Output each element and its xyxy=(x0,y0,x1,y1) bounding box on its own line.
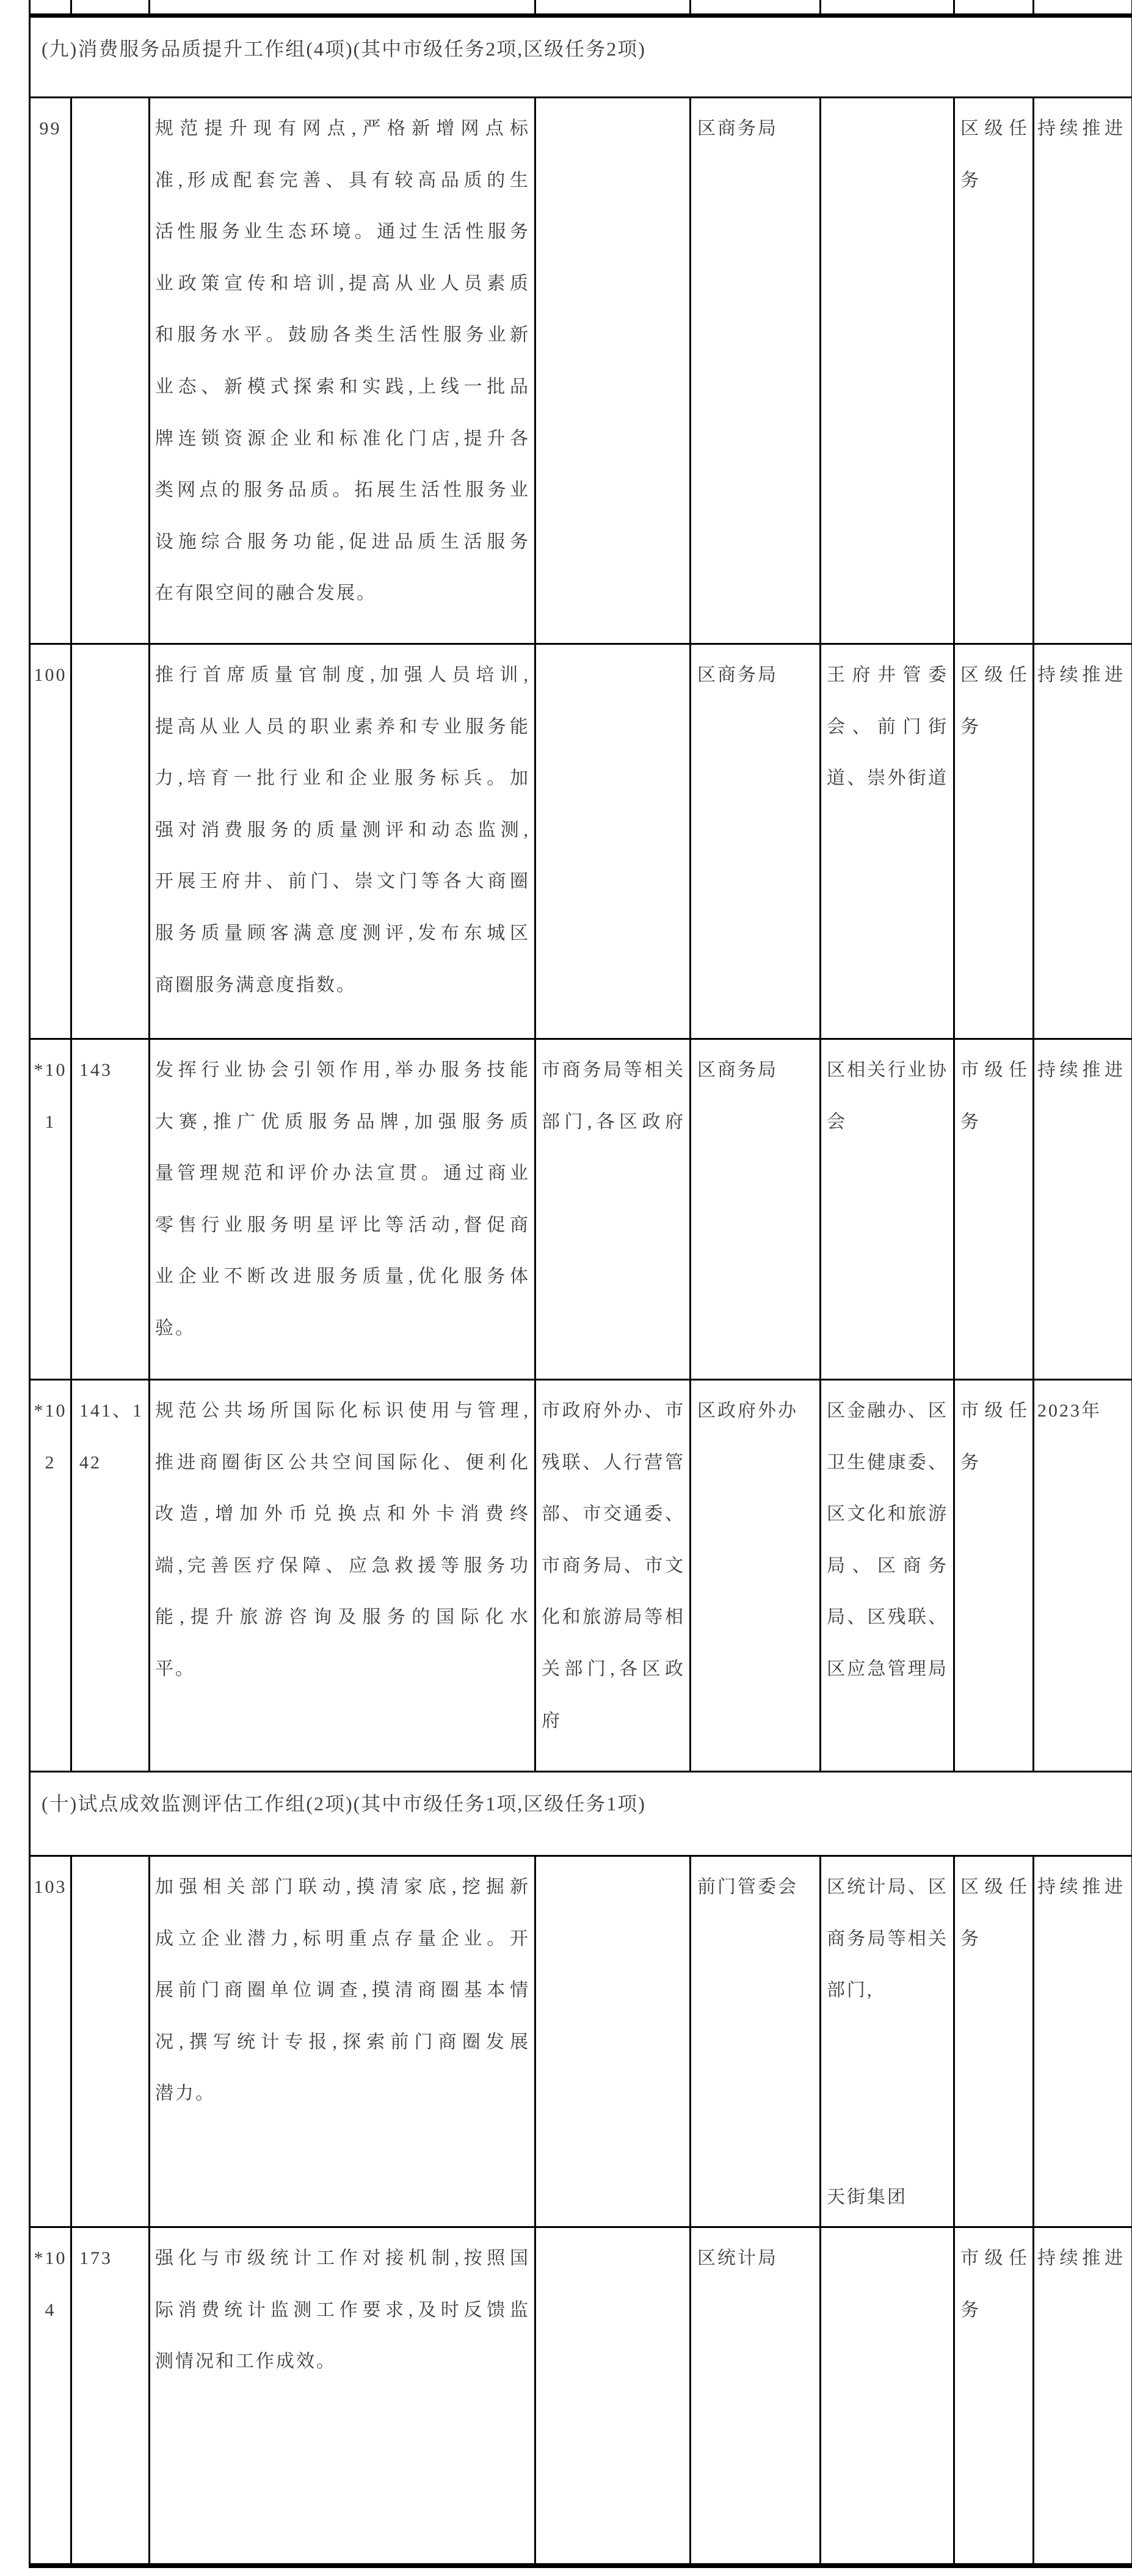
city-task-ref-cell: 141、142 xyxy=(72,1381,150,1771)
task-level-cell: 市级任务 xyxy=(955,2228,1034,2563)
task-level-cell-line: 区级任 xyxy=(960,103,1029,155)
completion-time-cell: 持续推进 xyxy=(1034,645,1128,1038)
city-task-ref-cell-line: 173 xyxy=(79,2233,145,2285)
section-header-10: (十)试点成效监测评估工作组(2项)(其中市级任务1项,区级任务1项) xyxy=(31,1772,1131,1857)
serial-number-cell: *104 xyxy=(31,2228,72,2563)
district-coop-unit-cell-line: 局、区残联、 xyxy=(827,1592,948,1644)
task-description-cell-line: 改造,增加外币兑换点和外卡消费终 xyxy=(155,1489,530,1540)
district-coop-unit-cell: 王府井管委会、前门街道、崇外街道 xyxy=(821,645,955,1038)
task-description-cell-line: 强对消费服务的质量测评和动态监测, xyxy=(155,805,530,857)
task-level-cell-line: 市级任 xyxy=(960,1385,1029,1437)
city-responsible-unit-cell: 市政府外办、市残联、人行营管部、市交通委、市商务局、市文化和旅游局等相关部门,各… xyxy=(536,1381,691,1771)
city-responsible-unit-cell-line: 残联、人行营管 xyxy=(542,1437,685,1489)
task-description-cell-line: 规范提升现有网点,严格新增网点标 xyxy=(155,103,530,155)
task-description-cell: 规范提升现有网点,严格新增网点标准,形成配套完善、具有较高品质的生活性服务业生态… xyxy=(150,98,536,643)
task-level-cell-line: 市级任 xyxy=(960,2233,1029,2285)
district-coop-unit-cell xyxy=(821,98,955,643)
task-level-cell-line: 务 xyxy=(960,1914,1029,1965)
task-description-cell-line: 设施综合服务功能,促进品质生活服务 xyxy=(155,517,530,568)
serial-number-cell: 100 xyxy=(31,645,72,1038)
completion-time-cell-line: 2023年 xyxy=(1037,1385,1125,1437)
task-level-cell-line: 区级任 xyxy=(960,1862,1029,1914)
city-responsible-unit-cell-line: 部门,各区政府 xyxy=(542,1097,685,1148)
task-level-cell-line: 区级任 xyxy=(960,650,1029,702)
task-level-cell-line: 市级任 xyxy=(960,1045,1029,1097)
table-row-task-*104: *104173强化与市级统计工作对接机制,按照国际消费统计监测工作要求,及时反馈… xyxy=(31,2228,1131,2568)
empty-cell xyxy=(955,0,1034,13)
district-coop-unit-cell-line xyxy=(827,2120,948,2172)
district-coop-unit-cell-line: 区金融办、区 xyxy=(827,1385,948,1437)
district-coop-unit-cell-line: 道、崇外街道 xyxy=(827,753,948,805)
city-responsible-unit-cell-line: 市政府外办、市 xyxy=(542,1385,685,1437)
city-task-ref-cell xyxy=(72,645,150,1038)
task-description-cell-line: 服务质量顾客满意度测评,发布东城区 xyxy=(155,908,530,960)
district-coop-unit-cell-line: 局、区商务 xyxy=(827,1540,948,1592)
task-description-cell-line: 推行首席质量官制度,加强人员培训, xyxy=(155,650,530,702)
city-responsible-unit-cell xyxy=(536,2228,691,2563)
city-responsible-unit-cell-line: 府 xyxy=(542,1696,685,1747)
city-task-ref-cell: 143 xyxy=(72,1040,150,1379)
empty-cell xyxy=(691,0,821,13)
city-responsible-unit-cell-line: 市商务局等相关 xyxy=(542,1045,685,1097)
serial-number-cell: *101 xyxy=(31,1040,72,1379)
serial-number-cell: *102 xyxy=(31,1381,72,1771)
task-description-cell-line: 测情况和工作成效。 xyxy=(155,2336,530,2388)
completion-time-cell-line: 持续推进 xyxy=(1037,1045,1125,1097)
task-description-cell-line: 力,培育一批行业和企业服务标兵。加 xyxy=(155,753,530,805)
serial-number-cell-line: *10 xyxy=(32,1385,69,1437)
serial-number-cell: 103 xyxy=(31,1857,72,2226)
serial-number-cell-line: 103 xyxy=(32,1862,69,1914)
empty-cell xyxy=(72,0,150,13)
section-10-title: (十)试点成效监测评估工作组(2项)(其中市级任务1项,区级任务1项) xyxy=(31,1772,1131,1816)
completion-time-cell-line: 持续推进 xyxy=(1037,2233,1125,2285)
city-responsible-unit-cell-line: 关部门,各区政 xyxy=(542,1644,685,1696)
completion-time-cell: 持续推进 xyxy=(1034,1040,1128,1379)
task-description-cell-line: 展前门商圈单位调查,摸清商圈基本情 xyxy=(155,1965,530,2017)
task-level-cell-line: 务 xyxy=(960,1437,1029,1489)
completion-time-cell: 持续推进 xyxy=(1034,2228,1128,2563)
section-header-9: (九)消费服务品质提升工作组(4项)(其中市级任务2项,区级任务2项) xyxy=(31,18,1131,98)
task-level-cell-line: 务 xyxy=(960,702,1029,753)
city-task-ref-cell xyxy=(72,1857,150,2226)
task-description-cell-line: 和服务水平。鼓励各类生活性服务业新 xyxy=(155,310,530,361)
district-lead-unit-cell-line: 区政府外办 xyxy=(697,1385,815,1437)
task-description-cell-line: 业企业不断改进服务质量,优化服务体 xyxy=(155,1251,530,1303)
district-coop-unit-cell-line: 区应急管理局 xyxy=(827,1644,948,1696)
district-coop-unit-cell-line: 会 xyxy=(827,1097,948,1148)
serial-number-cell-line: *10 xyxy=(32,2233,69,2285)
table-row-task-*101: *101143发挥行业协会引领作用,举办服务技能大赛,推广优质服务品牌,加强服务… xyxy=(31,1040,1131,1381)
scanned-task-table-page: { "document": { "section_9": { "title": … xyxy=(0,0,1132,2576)
task-description-cell: 发挥行业协会引领作用,举办服务技能大赛,推广优质服务品牌,加强服务质量管理规范和… xyxy=(150,1040,536,1379)
task-level-cell-line: 务 xyxy=(960,155,1029,207)
city-task-ref-cell-line: 141、1 xyxy=(79,1385,145,1437)
district-lead-unit-cell: 区统计局 xyxy=(691,2228,821,2563)
task-level-cell-line: 务 xyxy=(960,2285,1029,2337)
task-level-cell: 区级任务 xyxy=(955,1857,1034,2226)
city-task-ref-cell-line: 42 xyxy=(79,1437,145,1489)
serial-number-cell-line: 100 xyxy=(32,650,69,702)
task-description-cell-line: 提高从业人员的职业素养和专业服务能 xyxy=(155,702,530,753)
serial-number-cell-line: 4 xyxy=(32,2285,69,2337)
task-description-cell-line: 业政策宣传和培训,提高从业人员素质 xyxy=(155,258,530,310)
empty-cell xyxy=(821,0,955,13)
district-coop-unit-cell-line: 区统计局、区 xyxy=(827,1862,948,1914)
serial-number-cell-line: 1 xyxy=(32,1097,69,1148)
task-description-cell-line: 规范公共场所国际化标识使用与管理, xyxy=(155,1385,530,1437)
city-responsible-unit-cell-line: 部、市交通委、 xyxy=(542,1489,685,1540)
table-row-task-99: 99规范提升现有网点,严格新增网点标准,形成配套完善、具有较高品质的生活性服务业… xyxy=(31,98,1131,645)
task-description-cell-line: 加强相关部门联动,摸清家底,挖掘新 xyxy=(155,1862,530,1914)
city-responsible-unit-cell xyxy=(536,1857,691,2226)
serial-number-cell-line: *10 xyxy=(32,1045,69,1097)
task-level-cell: 区级任务 xyxy=(955,98,1034,643)
district-coop-unit-cell-line: 会、前门街 xyxy=(827,702,948,753)
city-responsible-unit-cell-line: 市商务局、市文 xyxy=(542,1540,685,1592)
task-description-cell-line: 验。 xyxy=(155,1303,530,1355)
task-description-cell: 推行首席质量官制度,加强人员培训,提高从业人员的职业素养和专业服务能力,培育一批… xyxy=(150,645,536,1038)
task-assignment-table: (九)消费服务品质提升工作组(4项)(其中市级任务2项,区级任务2项) 99规范… xyxy=(29,0,1132,2568)
city-task-ref-cell xyxy=(72,98,150,643)
task-level-cell: 市级任务 xyxy=(955,1040,1034,1379)
task-description-cell-line: 际消费统计监测工作要求,及时反馈监 xyxy=(155,2285,530,2337)
task-description-cell-line: 强化与市级统计工作对接机制,按照国 xyxy=(155,2233,530,2285)
district-coop-unit-cell-line: 商务局等相关 xyxy=(827,1914,948,1965)
district-coop-unit-cell-line: 天街集团 xyxy=(827,2172,948,2224)
task-description-cell-line: 潜力。 xyxy=(155,2068,530,2120)
district-lead-unit-cell: 区商务局 xyxy=(691,1040,821,1379)
task-description-cell-line: 商圈服务满意度指数。 xyxy=(155,960,530,1012)
district-lead-unit-cell: 区商务局 xyxy=(691,98,821,643)
district-lead-unit-cell-line: 区统计局 xyxy=(697,2233,815,2285)
district-lead-unit-cell: 区政府外办 xyxy=(691,1381,821,1771)
completion-time-cell: 持续推进 xyxy=(1034,98,1128,643)
district-coop-unit-cell xyxy=(821,2228,955,2563)
district-coop-unit-cell-line: 部门, xyxy=(827,1965,948,2017)
district-coop-unit-cell: 区相关行业协会 xyxy=(821,1040,955,1379)
task-description-cell-line: 发挥行业协会引领作用,举办服务技能 xyxy=(155,1045,530,1097)
table-row-task-103: 103加强相关部门联动,摸清家底,挖掘新成立企业潜力,标明重点存量企业。开展前门… xyxy=(31,1857,1131,2228)
city-responsible-unit-cell-line: 化和旅游局等相 xyxy=(542,1592,685,1644)
completion-time-cell-line: 持续推进 xyxy=(1037,650,1125,702)
task-description-cell-line: 量管理规范和评价办法宣贯。通过商业 xyxy=(155,1148,530,1200)
table-row-partial-top xyxy=(31,0,1131,18)
task-level-cell-line: 务 xyxy=(960,1097,1029,1148)
district-coop-unit-cell-line xyxy=(827,2017,948,2069)
district-lead-unit-cell: 区商务局 xyxy=(691,645,821,1038)
district-lead-unit-cell-line: 区商务局 xyxy=(697,1045,815,1097)
district-lead-unit-cell: 前门管委会 xyxy=(691,1857,821,2226)
section-9-title: (九)消费服务品质提升工作组(4项)(其中市级任务2项,区级任务2项) xyxy=(31,18,1131,62)
completion-time-cell-line: 持续推进 xyxy=(1037,103,1125,155)
district-coop-unit-cell-line: 区相关行业协 xyxy=(827,1045,948,1097)
district-lead-unit-cell-line: 区商务局 xyxy=(697,650,815,702)
district-coop-unit-cell: 区统计局、区商务局等相关部门, 天街集团 xyxy=(821,1857,955,2226)
district-coop-unit-cell-line xyxy=(827,2068,948,2120)
task-description-cell: 规范公共场所国际化标识使用与管理,推进商圈街区公共空间国际化、便利化改造,增加外… xyxy=(150,1381,536,1771)
task-description-cell-line: 准,形成配套完善、具有较高品质的生 xyxy=(155,155,530,207)
district-coop-unit-cell: 区金融办、区卫生健康委、区文化和旅游局、区商务局、区残联、区应急管理局 xyxy=(821,1381,955,1771)
task-description-cell-line: 活性服务业生态环境。通过生活性服务 xyxy=(155,206,530,258)
district-lead-unit-cell-line: 前门管委会 xyxy=(697,1862,815,1914)
task-description-cell-line: 开展王府井、前门、崇文门等各大商圈 xyxy=(155,856,530,908)
completion-time-cell: 持续推进 xyxy=(1034,1857,1128,2226)
task-description-cell-line: 况,撰写统计专报,探索前门商圈发展 xyxy=(155,2017,530,2069)
task-description-cell-line: 在有限空间的融合发展。 xyxy=(155,568,530,620)
district-lead-unit-cell-line: 区商务局 xyxy=(697,103,815,155)
empty-cell xyxy=(1034,0,1128,13)
task-description-cell: 加强相关部门联动,摸清家底,挖掘新成立企业潜力,标明重点存量企业。开展前门商圈单… xyxy=(150,1857,536,2226)
district-coop-unit-cell-line: 区文化和旅游 xyxy=(827,1489,948,1540)
district-coop-unit-cell-line: 王府井管委 xyxy=(827,650,948,702)
task-description-cell-line: 零售行业服务明星评比等活动,督促商 xyxy=(155,1200,530,1252)
city-responsible-unit-cell xyxy=(536,645,691,1038)
empty-cell xyxy=(31,0,72,13)
task-description-cell-line: 牌连锁资源企业和标准化门店,提升各 xyxy=(155,413,530,465)
task-description-cell-line: 业态、新模式探索和实践,上线一批品 xyxy=(155,361,530,413)
task-description-cell: 强化与市级统计工作对接机制,按照国际消费统计监测工作要求,及时反馈监测情况和工作… xyxy=(150,2228,536,2563)
serial-number-cell-line: 2 xyxy=(32,1437,69,1489)
completion-time-cell-line: 持续推进 xyxy=(1037,1862,1125,1914)
completion-time-cell: 2023年 xyxy=(1034,1381,1128,1771)
task-description-cell-line: 平。 xyxy=(155,1644,530,1696)
task-description-cell-line: 成立企业潜力,标明重点存量企业。开 xyxy=(155,1914,530,1965)
task-description-cell-line: 端,完善医疗保障、应急救援等服务功 xyxy=(155,1540,530,1592)
city-task-ref-cell-line: 143 xyxy=(79,1045,145,1097)
serial-number-cell-line: 99 xyxy=(32,103,69,155)
task-description-cell-line: 类网点的服务品质。拓展生活性服务业 xyxy=(155,465,530,517)
city-responsible-unit-cell xyxy=(536,98,691,643)
empty-cell xyxy=(150,0,536,13)
city-responsible-unit-cell: 市商务局等相关部门,各区政府 xyxy=(536,1040,691,1379)
table-row-task-100: 100推行首席质量官制度,加强人员培训,提高从业人员的职业素养和专业服务能力,培… xyxy=(31,645,1131,1040)
table-row-task-*102: *102141、142规范公共场所国际化标识使用与管理,推进商圈街区公共空间国际… xyxy=(31,1381,1131,1772)
task-description-cell-line: 推进商圈街区公共空间国际化、便利化 xyxy=(155,1437,530,1489)
task-description-cell-line: 能,提升旅游咨询及服务的国际化水 xyxy=(155,1592,530,1644)
task-level-cell: 市级任务 xyxy=(955,1381,1034,1771)
task-description-cell-line: 大赛,推广优质服务品牌,加强服务质 xyxy=(155,1097,530,1148)
city-task-ref-cell: 173 xyxy=(72,2228,150,2563)
empty-cell xyxy=(536,0,691,13)
task-level-cell: 区级任务 xyxy=(955,645,1034,1038)
district-coop-unit-cell-line: 卫生健康委、 xyxy=(827,1437,948,1489)
serial-number-cell: 99 xyxy=(31,98,72,643)
